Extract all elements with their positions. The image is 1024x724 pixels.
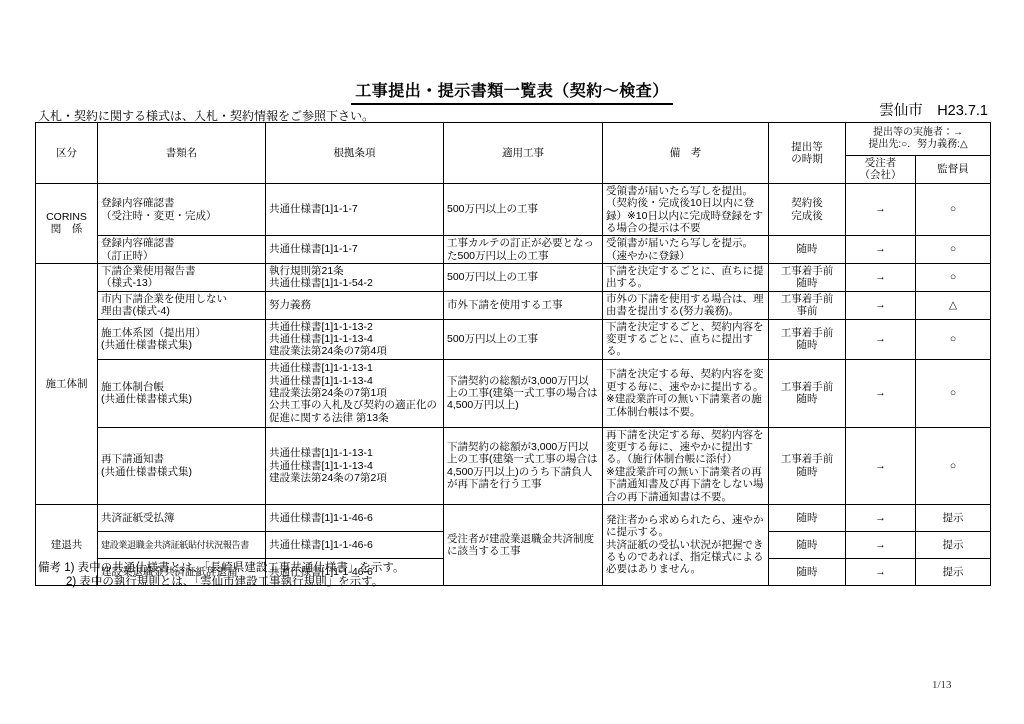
applicable-cell: 500万円以上の工事 [444, 183, 603, 236]
remarks-cell: 下請を決定するごとに、直ちに提出する。 [603, 264, 769, 292]
table-row: 施工体制台帳 (共通仕様書様式集) 共通仕様書[1]1-1-13-1 共通仕様書… [36, 359, 991, 427]
timing-cell: 契約後 完成後 [769, 183, 846, 236]
docname-cell: 建設業退職金共済証紙貼付状況報告書 [98, 531, 266, 558]
page-number: 1/13 [932, 679, 952, 691]
applicable-cell: 500万円以上の工事 [444, 264, 603, 292]
timing-cell: 随時 [769, 558, 846, 585]
basis-cell: 共通仕様書[1]1-1-46-6 [266, 531, 444, 558]
header-timing: 提出等 の時期 [769, 123, 846, 184]
table-row: CORINS 関 係 登録内容確認書 （受注時・変更・完成） 共通仕様書[1]1… [36, 183, 991, 236]
supervisor-cell: 提示 [916, 504, 991, 531]
timing-cell: 随時 [769, 504, 846, 531]
docname-cell: 市内下請企業を使用しない 理由書(様式-4) [98, 291, 266, 319]
header-row: 区分 書類名 根拠条項 適用工事 備 考 提出等 の時期 提出等の実施者：→ 提… [36, 123, 991, 156]
docname-cell: 施工体系図（提出用） (共通仕様書様式集) [98, 319, 266, 359]
applicable-cell: 500万円以上の工事 [444, 319, 603, 359]
table-row: 施工体制 下請企業使用報告書 （様式-13） 執行規則第21条 共通仕様書[1]… [36, 264, 991, 292]
page-title: 工事提出・提示書類一覧表（契約～検査） [0, 78, 1024, 105]
contractor-cell: → [846, 504, 916, 531]
basis-cell: 共通仕様書[1]1-1-13-1 共通仕様書[1]1-1-13-4 建設業法第2… [266, 359, 444, 427]
docname-cell: 下請企業使用報告書 （様式-13） [98, 264, 266, 292]
basis-cell: 努力義務 [266, 291, 444, 319]
docname-cell: 施工体制台帳 (共通仕様書様式集) [98, 359, 266, 427]
basis-cell: 共通仕様書[1]1-1-13-2 共通仕様書[1]1-1-13-4 建設業法第2… [266, 319, 444, 359]
timing-cell: 工事着手前 随時 [769, 264, 846, 292]
timing-cell: 工事着手前 随時 [769, 427, 846, 504]
docname-cell: 登録内容確認書 （訂正時） [98, 236, 266, 264]
contractor-cell: → [846, 291, 916, 319]
contractor-cell: → [846, 359, 916, 427]
supervisor-cell: ○ [916, 264, 991, 292]
basis-cell: 執行規則第21条 共通仕様書[1]1-1-54-2 [266, 264, 444, 292]
supervisor-cell: ○ [916, 359, 991, 427]
supervisor-cell: ○ [916, 183, 991, 236]
contractor-cell: → [846, 264, 916, 292]
docname-cell: 再下請通知書 (共通仕様書様式集) [98, 427, 266, 504]
remarks-cell: 受領書が届いたら写しを提示。（速やかに登録） [603, 236, 769, 264]
basis-cell: 共通仕様書[1]1-1-7 [266, 236, 444, 264]
remarks-cell: 発注者から求められたら、速やかに提示する。 共済証紙の受払い状況が把握できるもの… [603, 504, 769, 585]
timing-cell: 工事着手前 事前 [769, 291, 846, 319]
documents-table: 区分 書類名 根拠条項 適用工事 備 考 提出等 の時期 提出等の実施者：→ 提… [35, 122, 991, 586]
remarks-cell: 市外の下請を使用する場合は、理由書を提出する(努力義務)。 [603, 291, 769, 319]
contractor-cell: → [846, 319, 916, 359]
supervisor-cell: ○ [916, 319, 991, 359]
remarks-cell: 下請を決定する毎、契約内容を変更する毎に、速やかに提出する。 ※建設業許可の無い… [603, 359, 769, 427]
applicable-cell: 工事カルテの訂正が必要となった500万円以上の工事 [444, 236, 603, 264]
applicable-cell: 市外下請を使用する工事 [444, 291, 603, 319]
header-executor-note: 提出等の実施者：→ 提出先:○．努力義務:△ [846, 123, 991, 156]
contractor-cell: → [846, 558, 916, 585]
docname-cell: 共済証紙受払簿 [98, 504, 266, 531]
table-row: 施工体系図（提出用） (共通仕様書様式集) 共通仕様書[1]1-1-13-2 共… [36, 319, 991, 359]
basis-cell: 共通仕様書[1]1-1-13-1 共通仕様書[1]1-1-13-4 建設業法第2… [266, 427, 444, 504]
timing-cell: 工事着手前 随時 [769, 359, 846, 427]
basis-cell: 共通仕様書[1]1-1-7 [266, 183, 444, 236]
applicable-cell: 受注者が建設業退職金共済制度に該当する工事 [444, 504, 603, 585]
footnote-2: 2) 表中の執行規則とは、「雲仙市建設工事執行規則」を示す。 [66, 573, 383, 589]
applicable-cell: 下請契約の総額が3,000万円以上の工事(建築一式工事の場合は4,500万円以上… [444, 427, 603, 504]
basis-cell: 共通仕様書[1]1-1-46-6 [266, 504, 444, 531]
category-cell: 施工体制 [36, 264, 98, 505]
supervisor-cell: ○ [916, 236, 991, 264]
header-basis: 根拠条項 [266, 123, 444, 184]
contractor-cell: → [846, 236, 916, 264]
header-supervisor: 監督員 [916, 156, 991, 184]
supervisor-cell: △ [916, 291, 991, 319]
remarks-cell: 下請を決定するごと、契約内容を変更するごとに、直ちに提出する。 [603, 319, 769, 359]
header-remarks: 備 考 [603, 123, 769, 184]
document-page: 工事提出・提示書類一覧表（契約～検査） 入札・契約に関する様式は、入札・契約情報… [0, 0, 1024, 724]
timing-cell: 工事着手前 随時 [769, 319, 846, 359]
header-category: 区分 [36, 123, 98, 184]
supervisor-cell: 提示 [916, 531, 991, 558]
timing-cell: 随時 [769, 236, 846, 264]
org-and-date: 雲仙市 H23.7.1 [879, 99, 988, 120]
table-row: 登録内容確認書 （訂正時） 共通仕様書[1]1-1-7 工事カルテの訂正が必要と… [36, 236, 991, 264]
contractor-cell: → [846, 531, 916, 558]
table-row: 市内下請企業を使用しない 理由書(様式-4) 努力義務 市外下請を使用する工事 … [36, 291, 991, 319]
applicable-cell: 下請契約の総額が3,000万円以上の工事(建築一式工事の場合は4,500万円以上… [444, 359, 603, 427]
contractor-cell: → [846, 427, 916, 504]
docname-cell: 登録内容確認書 （受注時・変更・完成） [98, 183, 266, 236]
supervisor-cell: 提示 [916, 558, 991, 585]
contractor-cell: → [846, 183, 916, 236]
remarks-cell: 受領書が届いたら写しを提出。（契約後・完成後10日以内に登録）※10日以内に完成… [603, 183, 769, 236]
header-contractor: 受注者 （会社） [846, 156, 916, 184]
category-cell: CORINS 関 係 [36, 183, 98, 263]
table-row: 再下請通知書 (共通仕様書様式集) 共通仕様書[1]1-1-13-1 共通仕様書… [36, 427, 991, 504]
header-docname: 書類名 [98, 123, 266, 184]
table-row: 建退共 共済証紙受払簿 共通仕様書[1]1-1-46-6 受注者が建設業退職金共… [36, 504, 991, 531]
header-applicable: 適用工事 [444, 123, 603, 184]
remarks-cell: 再下請を決定する毎、契約内容を変更する毎に、速やかに提出する。（施行体制台帳に添… [603, 427, 769, 504]
supervisor-cell: ○ [916, 427, 991, 504]
timing-cell: 随時 [769, 531, 846, 558]
